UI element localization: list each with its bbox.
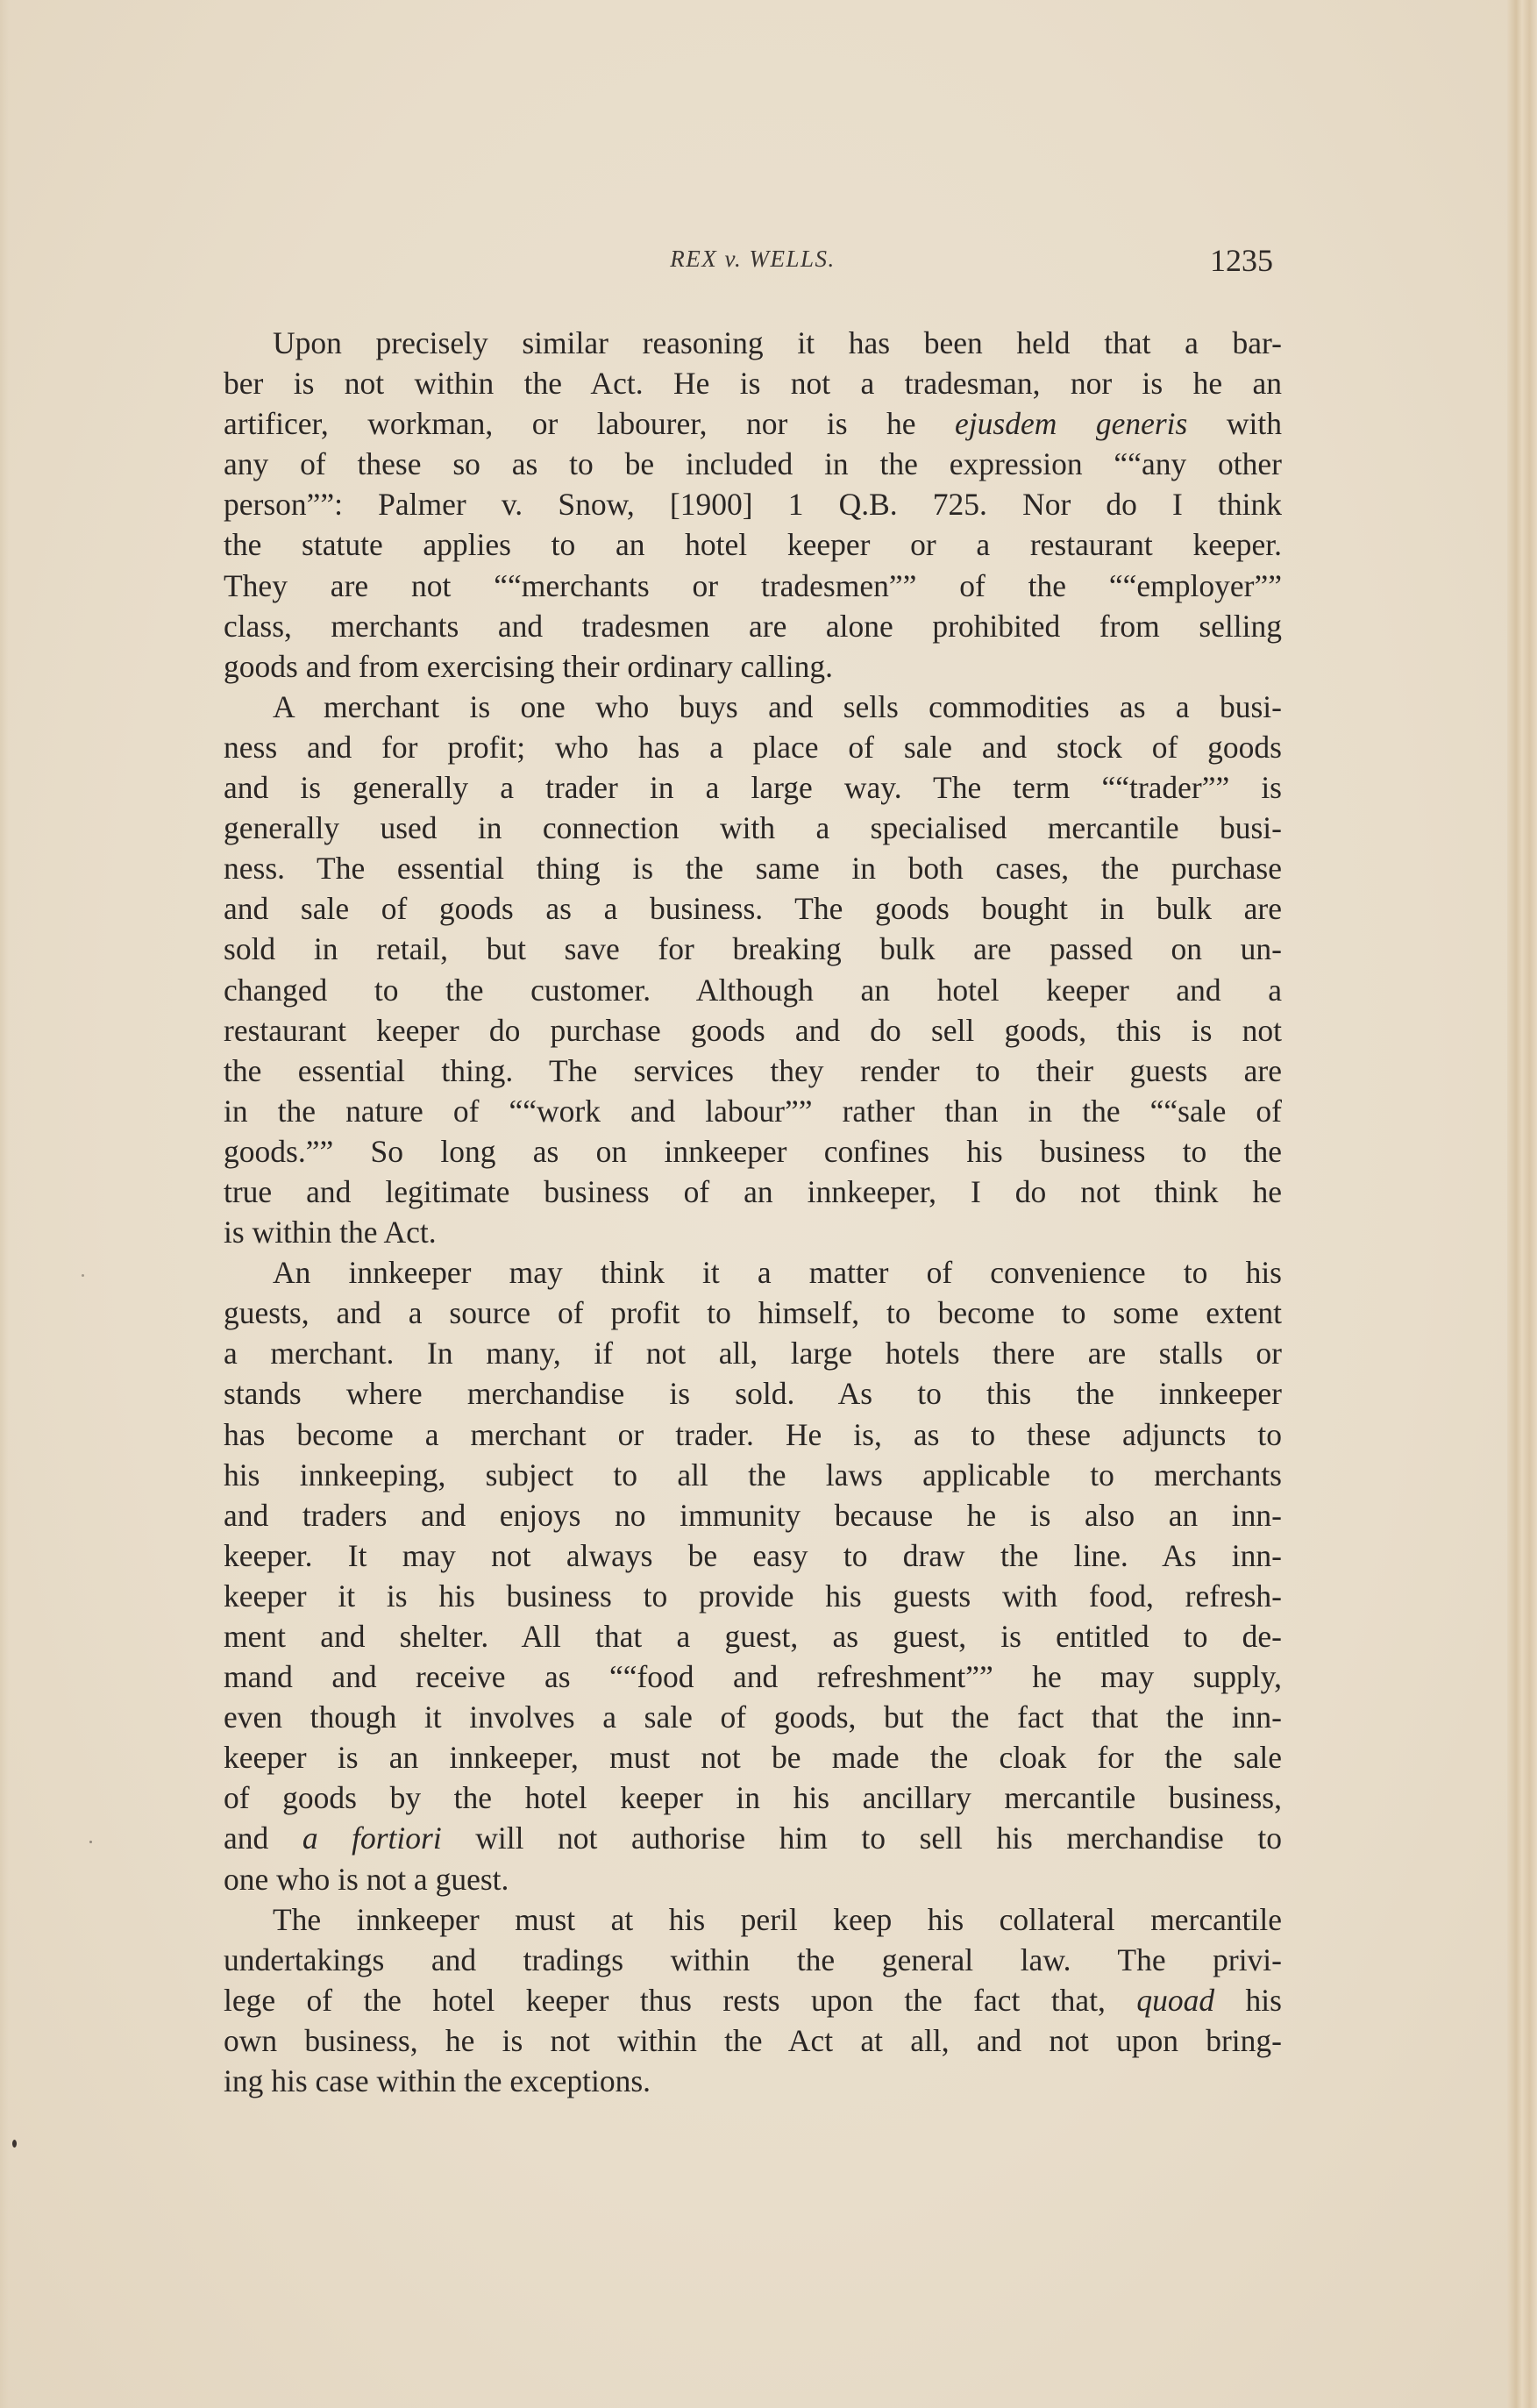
- text-line: keeper is an innkeeper, must not be made…: [224, 1737, 1282, 1778]
- text-line: ness. The essential thing is the same in…: [224, 848, 1282, 888]
- text-line: and is generally a trader in a large way…: [224, 767, 1282, 808]
- text-line: own business, he is not within the Act a…: [224, 2020, 1282, 2061]
- text-line: is within the Act.: [224, 1212, 1282, 1252]
- paragraph-3: An innkeeper may think it a matter of co…: [224, 1252, 1282, 1899]
- paper-speck: [82, 1274, 84, 1277]
- text-line: A merchant is one who buys and sells com…: [224, 687, 1282, 727]
- paper-speck: [89, 1841, 92, 1843]
- text-segment: artificer, workman, or labourer, nor is …: [224, 406, 955, 441]
- text-line: lege of the hotel keeper thus rests upon…: [224, 1980, 1282, 2020]
- text-line: goods and from exercising their ordinary…: [224, 646, 1282, 687]
- text-line: one who is not a guest.: [224, 1859, 1282, 1899]
- text-line: ber is not within the Act. He is not a t…: [224, 363, 1282, 403]
- text-line: a merchant. In many, if not all, large h…: [224, 1333, 1282, 1373]
- text-line: keeper it is his business to provide his…: [224, 1576, 1282, 1616]
- text-line: mand and receive as ““food and refreshme…: [224, 1656, 1282, 1697]
- text-segment: will not authorise him to sell his merch…: [442, 1820, 1282, 1856]
- text-segment: and: [224, 1820, 302, 1856]
- text-line: undertakings and tradings within the gen…: [224, 1940, 1282, 1980]
- text-line: his innkeeping, subject to all the laws …: [224, 1455, 1282, 1495]
- text-line: ment and shelter. All that a guest, as g…: [224, 1616, 1282, 1656]
- paper-speck: [12, 2140, 17, 2148]
- text-line: and a fortiori will not authorise him to…: [224, 1818, 1282, 1858]
- text-line: Upon precisely similar reasoning it has …: [224, 323, 1282, 363]
- text-line: They are not ““merchants or tradesmen”” …: [224, 566, 1282, 606]
- text-line: guests, and a source of profit to himsel…: [224, 1293, 1282, 1333]
- italic-phrase: quoad: [1136, 1983, 1214, 2018]
- text-line: stands where merchandise is sold. As to …: [224, 1373, 1282, 1414]
- italic-phrase: ejusdem generis: [955, 406, 1187, 441]
- page-number: 1235: [1210, 242, 1273, 279]
- text-line: The innkeeper must at his peril keep his…: [224, 1899, 1282, 1940]
- text-line: sold in retail, but save for breaking bu…: [224, 929, 1282, 969]
- text-line: restaurant keeper do purchase goods and …: [224, 1010, 1282, 1051]
- body-text: Upon precisely similar reasoning it has …: [224, 323, 1282, 2101]
- text-line: of goods by the hotel keeper in his anci…: [224, 1778, 1282, 1818]
- text-line: the statute applies to an hotel keeper o…: [224, 524, 1282, 565]
- text-line: artificer, workman, or labourer, nor is …: [224, 403, 1282, 444]
- text-line: keeper. It may not always be easy to dra…: [224, 1535, 1282, 1576]
- text-line: person””: Palmer v. Snow, [1900] 1 Q.B. …: [224, 484, 1282, 524]
- text-line: generally used in connection with a spec…: [224, 808, 1282, 848]
- text-segment: his: [1214, 1983, 1282, 2018]
- text-segment: with: [1187, 406, 1282, 441]
- text-line: any of these so as to be included in the…: [224, 444, 1282, 484]
- italic-phrase: a fortiori: [302, 1820, 442, 1856]
- text-line: true and legitimate business of an innke…: [224, 1172, 1282, 1212]
- text-line: ing his case within the exceptions.: [224, 2061, 1282, 2101]
- page-edge-right: [1507, 0, 1537, 2408]
- running-head: REX v. WELLS. 1235: [224, 242, 1282, 281]
- text-line: the essential thing. The services they r…: [224, 1051, 1282, 1091]
- text-line: even though it involves a sale of goods,…: [224, 1697, 1282, 1737]
- text-line: and traders and enjoys no immunity becau…: [224, 1495, 1282, 1535]
- page-edge-left: [0, 0, 9, 2408]
- paragraph-4: The innkeeper must at his peril keep his…: [224, 1899, 1282, 2101]
- text-segment: lege of the hotel keeper thus rests upon…: [224, 1983, 1136, 2018]
- text-line: An innkeeper may think it a matter of co…: [224, 1252, 1282, 1293]
- running-title: REX v. WELLS.: [224, 246, 1282, 273]
- text-line: and sale of goods as a business. The goo…: [224, 888, 1282, 929]
- text-line: ness and for profit; who has a place of …: [224, 727, 1282, 767]
- paragraph-1: Upon precisely similar reasoning it has …: [224, 323, 1282, 687]
- paragraph-2: A merchant is one who buys and sells com…: [224, 687, 1282, 1252]
- text-line: in the nature of ““work and labour”” rat…: [224, 1091, 1282, 1131]
- scanned-page: REX v. WELLS. 1235 Upon precisely simila…: [0, 0, 1537, 2408]
- text-line: has become a merchant or trader. He is, …: [224, 1414, 1282, 1455]
- text-line: class, merchants and tradesmen are alone…: [224, 606, 1282, 646]
- text-line: goods.”” So long as on innkeeper confine…: [224, 1131, 1282, 1172]
- text-line: changed to the customer. Although an hot…: [224, 970, 1282, 1010]
